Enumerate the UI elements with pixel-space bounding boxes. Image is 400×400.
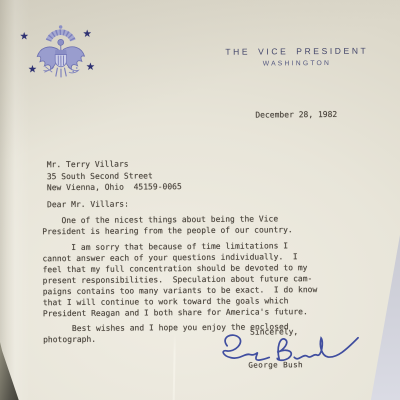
letterhead-title: THE VICE PRESIDENT	[225, 46, 369, 57]
letter-date: December 28, 1982	[255, 109, 337, 121]
letterhead-subtitle: WASHINGTON	[225, 60, 369, 68]
letter-photo: ★ ★ ★ ★ THE VICE PRESIDENT	[0, 0, 400, 400]
body-paragraph-1: One of the nicest things about being the…	[42, 213, 372, 238]
letter-paper: ★ ★ ★ ★ THE VICE PRESIDENT	[0, 0, 400, 400]
recipient-address: Mr. Terry Villars 35 South Second Street…	[47, 158, 182, 194]
paper-crease	[173, 333, 176, 400]
typed-signature-name: George Bush	[248, 359, 303, 370]
letterhead-seal: ★ ★ ★ ★	[0, 1, 119, 102]
vice-president-eagle-seal-icon	[33, 21, 90, 88]
salutation: Dear Mr. Villars:	[47, 199, 129, 211]
body-paragraph-2: I am sorry that because of time limitati…	[42, 240, 373, 320]
seal-star-icon: ★	[20, 32, 29, 42]
